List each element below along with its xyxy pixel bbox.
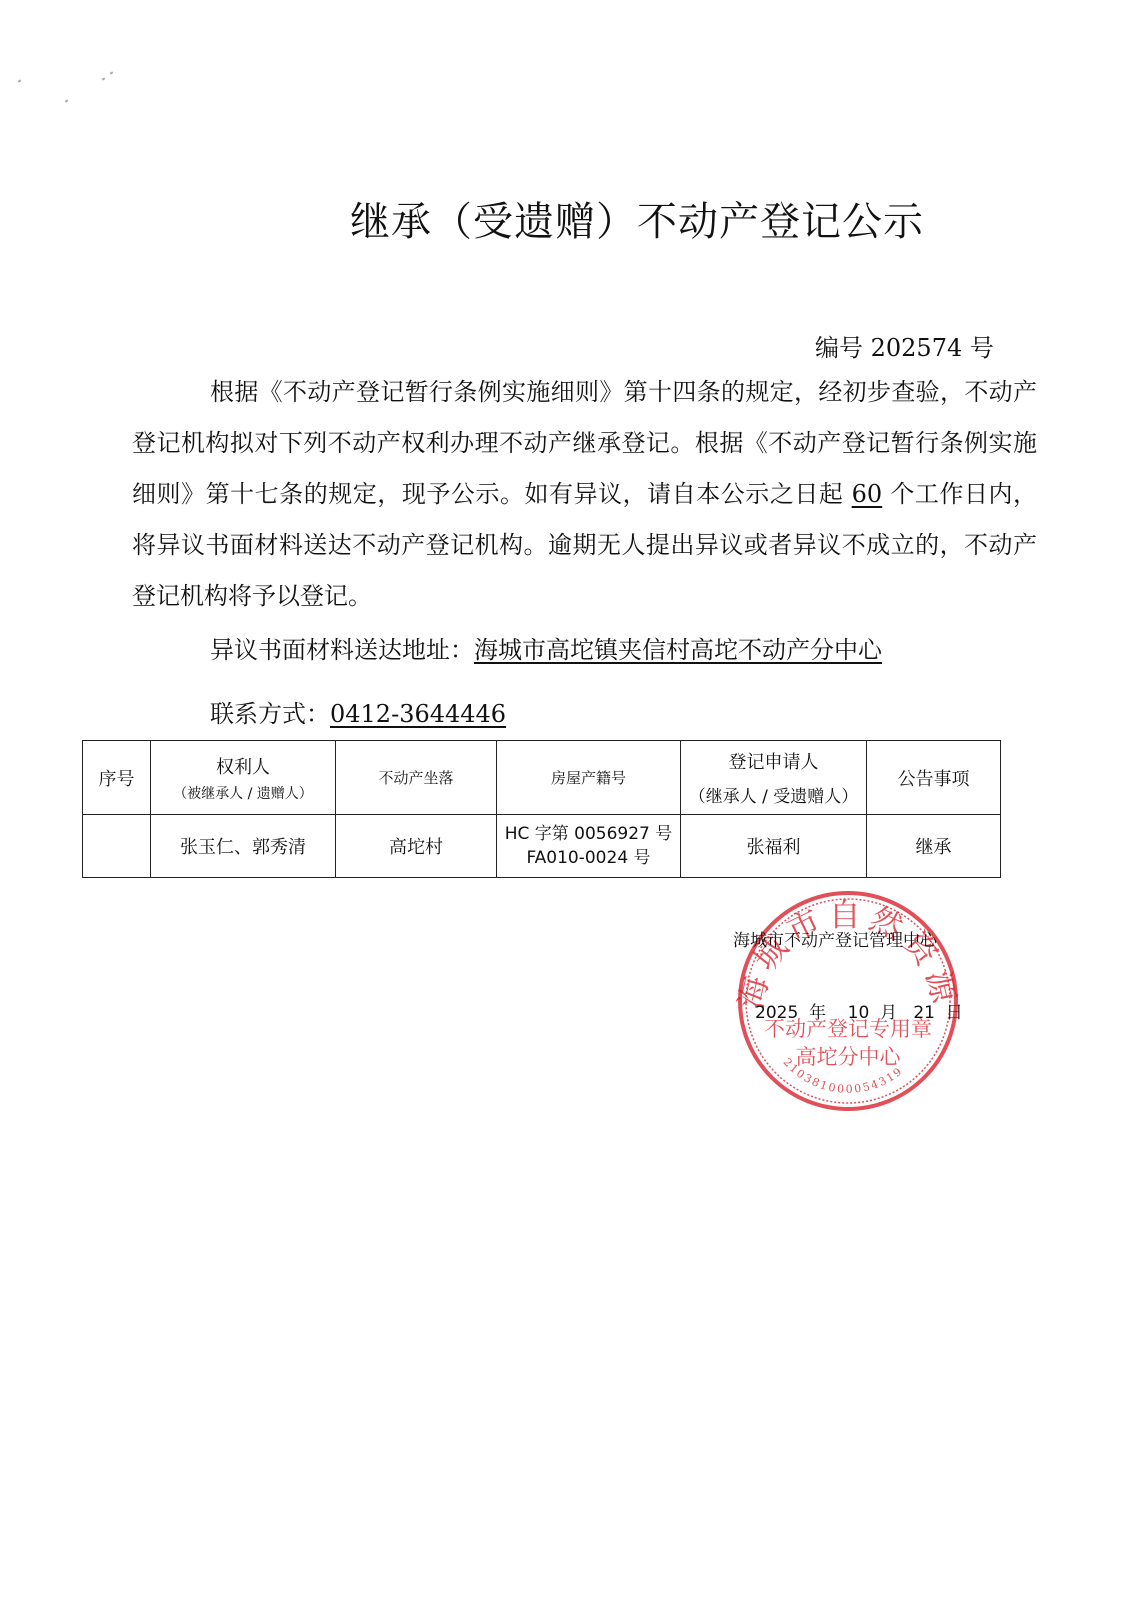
contact-info: 联系方式：0412-3644446: [210, 694, 506, 729]
objection-days: 60: [852, 480, 883, 508]
notice-body: 根据《不动产登记暂行条例实施细则》第十四条的规定，经初步查验，不动产登记机构拟对…: [132, 367, 1037, 622]
header-applicant-sub: （继承人 / 受遗赠人）: [681, 782, 866, 807]
header-property-no: 房屋产籍号: [497, 741, 681, 815]
cell-matter: 继承: [867, 815, 1001, 878]
scan-artifacts: [10, 70, 130, 110]
document-number: 编号 202574 号: [815, 328, 994, 363]
header-owner-sub: （被继承人 / 遗赠人）: [151, 783, 335, 803]
header-applicant: 登记申请人 （继承人 / 受遗赠人）: [681, 741, 867, 815]
header-seq: 序号: [83, 741, 151, 815]
contact-label: 联系方式：: [210, 700, 330, 728]
header-location: 不动产坐落: [336, 741, 497, 815]
page-title: 继承（受遗赠）不动产登记公示: [0, 190, 1134, 247]
cell-seq: [83, 815, 151, 878]
scan-speck: [18, 79, 22, 82]
address-value: 海城市高坨镇夹信村高坨不动产分中心: [474, 636, 882, 664]
svg-text:高坨分中心: 高坨分中心: [796, 1045, 902, 1069]
cell-owner: 张玉仁、郭秀清: [151, 815, 336, 878]
scan-speck: [102, 77, 106, 80]
notice-paragraph: 根据《不动产登记暂行条例实施细则》第十四条的规定，经初步查验，不动产登记机构拟对…: [132, 367, 1037, 622]
issue-date: 2025 年 10 月 21 日: [755, 998, 963, 1023]
header-owner: 权利人 （被继承人 / 遗赠人）: [151, 741, 336, 815]
header-matter: 公告事项: [867, 741, 1001, 815]
notice-table: 序号 权利人 （被继承人 / 遗赠人） 不动产坐落 房屋产籍号 登记申请人 （继…: [82, 740, 1001, 878]
address-label: 异议书面材料送达地址：: [210, 636, 474, 664]
header-owner-main: 权利人: [151, 753, 335, 779]
issuing-organization: 海城市不动产登记管理中心: [733, 926, 937, 951]
scan-speck: [65, 99, 69, 102]
table-header-row: 序号 权利人 （被继承人 / 遗赠人） 不动产坐落 房屋产籍号 登记申请人 （继…: [83, 741, 1001, 815]
cell-applicant: 张福利: [681, 815, 867, 878]
contact-value: 0412-3644446: [330, 700, 506, 728]
objection-address: 异议书面材料送达地址：海城市高坨镇夹信村高坨不动产分中心: [210, 630, 882, 665]
header-applicant-main: 登记申请人: [681, 748, 866, 774]
cell-location: 高坨村: [336, 815, 497, 878]
property-no-line2: FA010-0024 号: [497, 846, 680, 870]
property-no-line1: HC 字第 0056927 号: [497, 822, 680, 846]
scan-speck: [110, 71, 114, 74]
cell-property-no: HC 字第 0056927 号 FA010-0024 号: [497, 815, 681, 878]
table-row: 张玉仁、郭秀清 高坨村 HC 字第 0056927 号 FA010-0024 号…: [83, 815, 1001, 878]
